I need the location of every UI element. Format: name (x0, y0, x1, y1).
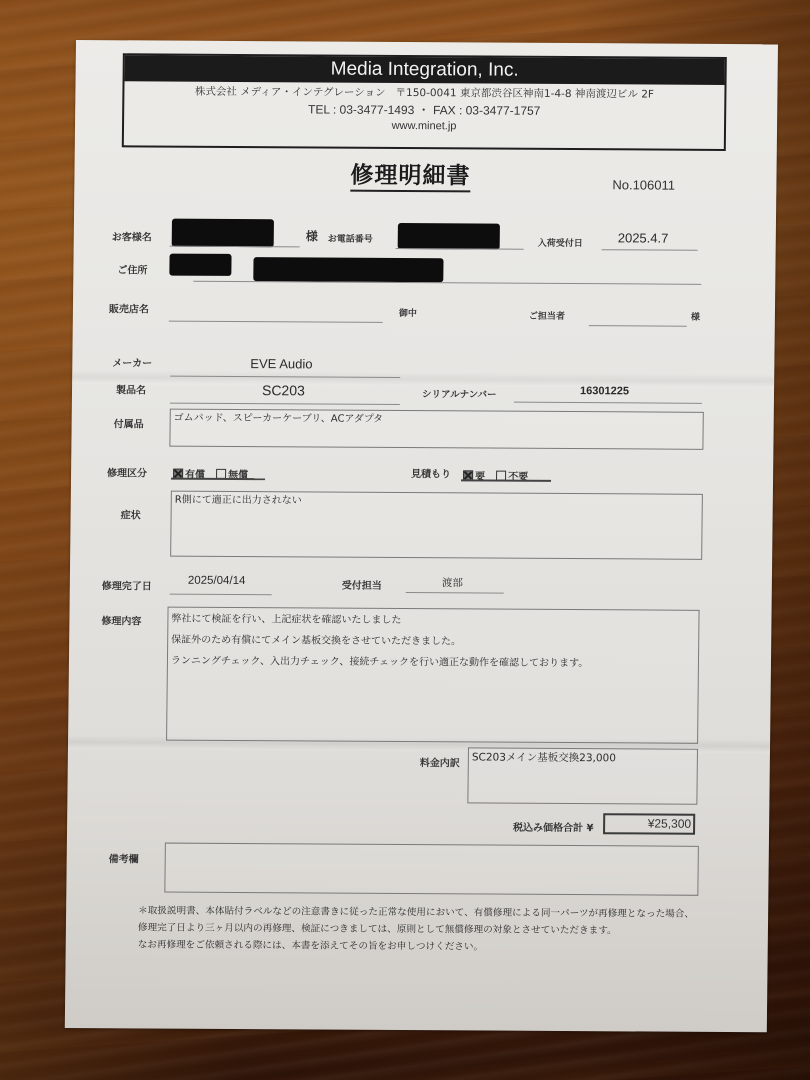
phone-redaction (398, 223, 500, 250)
completion-date-label: 修理完了日 (102, 577, 152, 592)
charges-text: SC203メイン基板交換23,000 (469, 748, 697, 767)
remarks-box (164, 843, 699, 896)
accessories-label: 付属品 (114, 415, 144, 430)
completion-date-underline (170, 594, 272, 596)
footer-note-line: なお再修理をご依頼される際には、本書を添えてその旨をお申しつけください。 (138, 936, 694, 956)
completion-date: 2025/04/14 (188, 575, 246, 587)
company-name-ja: 株式会社 メディア・インテグレーション (195, 86, 386, 99)
customer-honorific: 様 (306, 227, 318, 244)
accessories-box: ゴムパッド、スピーカーケーブリ、ACアダプタ (169, 409, 703, 450)
customer-name-redaction (172, 219, 274, 248)
serial-value: 16301225 (580, 385, 629, 397)
total-price: ¥25,300 (603, 813, 695, 835)
accessories-value: ゴムパッド、スピーカーケーブリ、ACアダプタ (171, 410, 703, 431)
model-label: 製品名 (116, 381, 146, 396)
dealer-name-label: 販売店名 (109, 300, 149, 315)
remarks-text (166, 844, 698, 851)
company-postal-address: 〒150-0041 東京都渋谷区神南1-4-8 神南渡辺ビル 2F (395, 87, 654, 101)
address-redaction-street (253, 257, 443, 282)
footer-notes: ＊取扱説明書、本体貼付ラベルなどの注意書きに従った正常な使用において、有償修理に… (138, 902, 694, 956)
received-date-label: 入荷受付日 (538, 236, 583, 249)
repair-details-line: ランニングチェック、入出力チェック、接続チェックを行い適正な動作を確認しておりま… (168, 650, 698, 676)
customer-name-underline (170, 246, 300, 248)
received-date-underline (602, 249, 698, 251)
model-value: SC203 (262, 382, 305, 398)
estimate-label: 見積もり (411, 465, 451, 480)
repair-statement-document: Media Integration, Inc. 株式会社 メディア・インテグレー… (65, 40, 778, 1032)
symptom-text: R側にて適正に出力されない (172, 492, 702, 513)
reception-staff: 渡部 (442, 575, 463, 590)
customer-name-label: お客様名 (112, 228, 152, 243)
remarks-label: 備考欄 (109, 850, 139, 865)
company-header: Media Integration, Inc. 株式会社 メディア・インテグレー… (122, 53, 727, 151)
dealer-contact-label: ご担当者 (529, 309, 565, 322)
dealer-contact-underline (589, 325, 687, 327)
address-redaction-prefecture (169, 254, 231, 276)
maker-value: EVE Audio (250, 356, 312, 371)
dealer-contact-suffix: 様 (691, 310, 700, 323)
charges-box: SC203メイン基板交換23,000 (467, 747, 698, 804)
dealer-name-underline (169, 321, 383, 323)
address-underline (193, 281, 701, 285)
charges-label: 料金内訳 (420, 754, 460, 769)
model-underline (170, 403, 400, 405)
received-date: 2025.4.7 (618, 230, 669, 245)
phone-label: お電話番号 (328, 232, 373, 245)
symptom-box: R側にて適正に出力されない (170, 491, 703, 560)
maker-label: メーカー (112, 354, 152, 369)
reception-staff-label: 受付担当 (342, 577, 382, 592)
repair-details-label: 修理内容 (101, 612, 141, 627)
repair-details-box: 弊社にて検証を行い、上記症状を確認いたしました 保証外のため有償にてメイン基板交… (166, 607, 700, 744)
document-title: 修理明細書 (350, 162, 470, 193)
repair-type-label: 修理区分 (107, 464, 147, 479)
reception-staff-underline (406, 592, 504, 594)
serial-label: シリアルナンバー (422, 386, 497, 400)
serial-underline (514, 402, 702, 404)
total-label: 税込み価格合計 ¥ (513, 819, 594, 834)
symptom-label: 症状 (121, 506, 141, 521)
address-label: ご住所 (117, 261, 147, 276)
phone-underline (396, 248, 524, 250)
company-name-en: Media Integration, Inc. (125, 55, 725, 85)
company-website: www.minet.jp (124, 117, 724, 136)
document-number: No.106011 (612, 177, 675, 192)
dealer-suffix: 御中 (399, 306, 417, 319)
